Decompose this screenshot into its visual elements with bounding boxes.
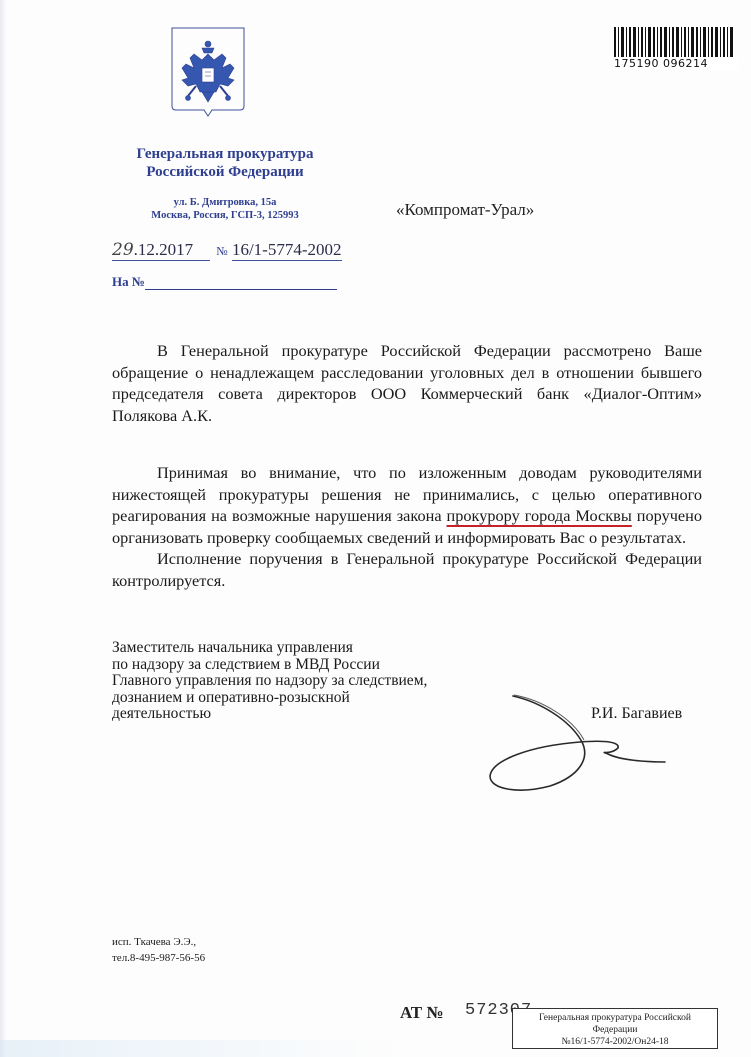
address-line1: ул. Б. Дмитровка, 15а: [100, 196, 350, 209]
paragraph-3-text: Исполнение поручения в Генеральной проку…: [112, 548, 702, 591]
stamp-line1: Генеральная прокуратура Российской: [513, 1012, 717, 1024]
executor-name: исп. Ткачева Э.Э.,: [112, 934, 205, 950]
executor-info: исп. Ткачева Э.Э., тел.8-495-987-56-56: [112, 934, 205, 966]
reply-blank-line: [145, 275, 337, 290]
organization-address: ул. Б. Дмитровка, 15а Москва, Россия, ГС…: [100, 196, 350, 222]
title-line: по надзору за следствием в МВД России: [112, 657, 427, 674]
executor-phone: тел.8-495-987-56-56: [112, 950, 205, 966]
title-line: Главного управления по надзору за следст…: [112, 673, 427, 690]
highlighted-addressee: прокурору города Москвы: [447, 506, 632, 525]
body-paragraph-1: В Генеральной прокуратуре Российской Фед…: [112, 340, 702, 426]
body-paragraph-2: Принимая во внимание, что по изложенным …: [112, 462, 702, 591]
signatory-name: Р.И. Багавиев: [591, 705, 682, 723]
scan-edge-shade: [0, 0, 6, 1057]
organization-name: Генеральная прокуратура Российской Федер…: [100, 145, 350, 181]
date-rest: .12.2017: [134, 240, 194, 259]
date-day-handwritten: 29: [112, 240, 134, 260]
title-line: Заместитель начальника управления: [112, 640, 427, 657]
reply-reference: На №: [112, 274, 337, 290]
barcode-icon: [614, 27, 734, 59]
serial-label: АТ №: [400, 1003, 443, 1023]
recipient: «Компромат-Урал»: [396, 200, 534, 220]
paragraph-2-text: Принимая во внимание, что по изложенным …: [112, 462, 702, 548]
address-line2: Москва, Россия, ГСП-3, 125993: [100, 209, 350, 222]
registration-stamp: Генеральная прокуратура Российской Федер…: [512, 1008, 718, 1049]
coat-of-arms-icon: [160, 22, 256, 131]
title-line: дознанием и оперативно-розыскной: [112, 690, 427, 707]
letter-page: Генеральная прокуратура Российской Федер…: [0, 0, 751, 1057]
reply-label: На №: [112, 274, 145, 289]
outgoing-number: 16/1-5774-2002: [232, 240, 342, 261]
scan-bottom-shade: [0, 1040, 400, 1057]
number-label: №: [216, 244, 227, 258]
stamp-line2: Федерации: [513, 1024, 717, 1036]
outgoing-date: 29.12.2017: [112, 240, 210, 261]
barcode-number: 175190 096214: [614, 57, 739, 70]
title-line: деятельностью: [112, 706, 427, 723]
org-name-line2: Российской Федерации: [100, 163, 350, 181]
stamp-line3: №16/1-5774-2002/Он24-18: [513, 1036, 717, 1048]
paragraph-1-text: В Генеральной прокуратуре Российской Фед…: [112, 340, 702, 426]
outgoing-date-number: 29.12.2017 № 16/1-5774-2002: [112, 240, 342, 261]
signatory-title: Заместитель начальника управления по над…: [112, 640, 427, 723]
org-name-line1: Генеральная прокуратура: [100, 145, 350, 163]
